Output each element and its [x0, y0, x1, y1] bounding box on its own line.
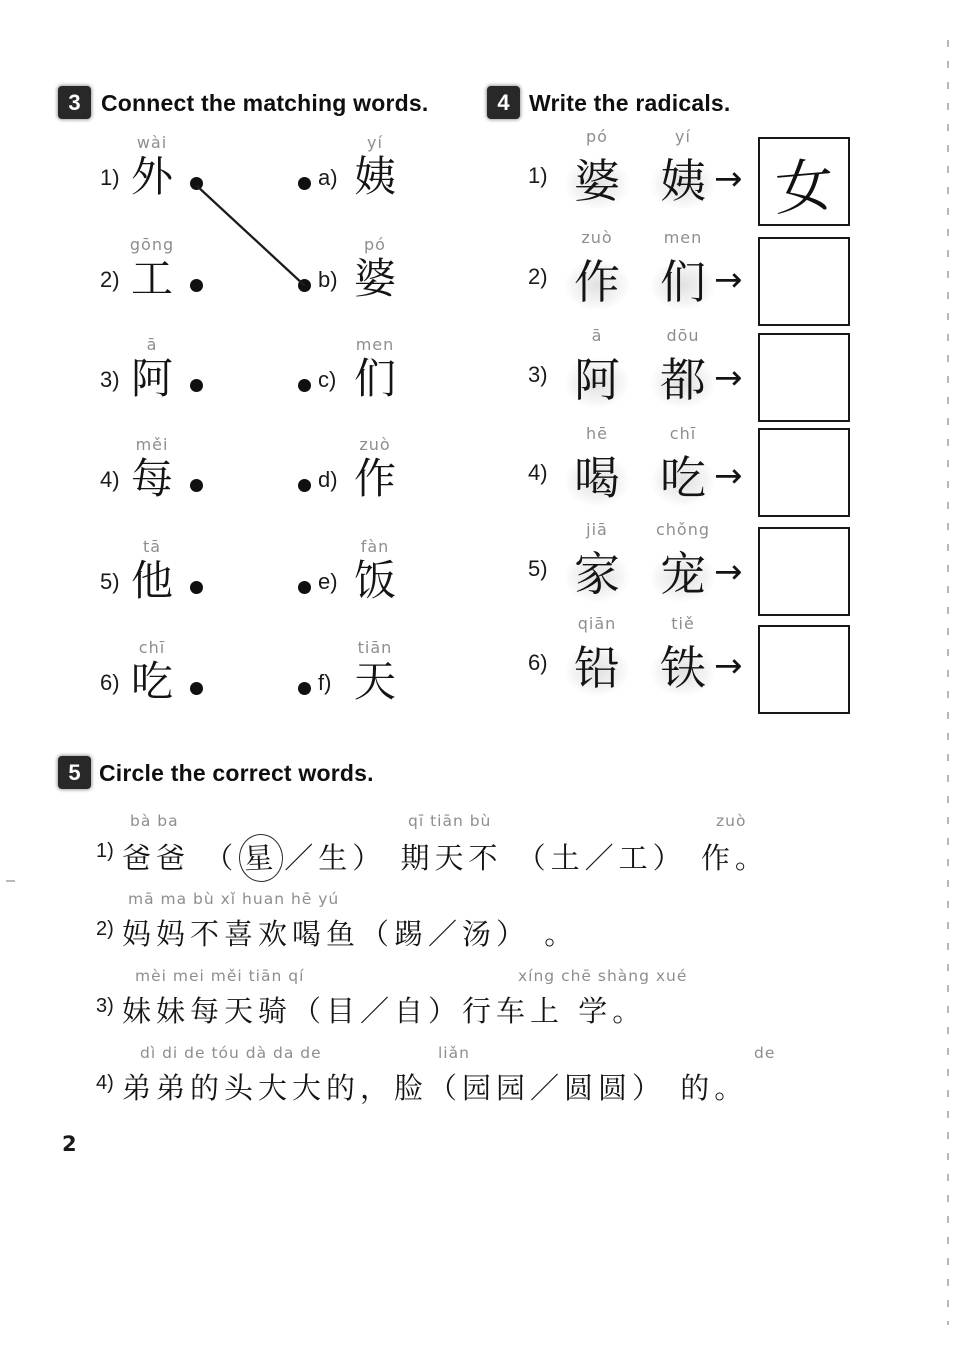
pinyin-label: men: [333, 335, 417, 354]
connector-dot-left[interactable]: [190, 379, 203, 392]
sentence-row-3: mèi mei měi tiān qí xíng chē shàng xué 3…: [60, 967, 920, 1047]
sentence-text-post: ／生） 期天不 （土／工） 作。: [284, 841, 769, 875]
arrow-right-icon: →: [714, 456, 743, 496]
item-number: 3): [96, 995, 114, 1018]
connector-dot-right[interactable]: [298, 279, 311, 292]
hanzi-character: 们: [646, 252, 720, 312]
hanzi-character: 每: [113, 453, 191, 505]
radical-answer-box-2[interactable]: [758, 237, 850, 326]
connector-dot-right[interactable]: [298, 379, 311, 392]
item-number: 1): [96, 840, 114, 863]
connector-dot-right[interactable]: [298, 177, 311, 190]
sentence-text: 妹妹每天骑（目／自）行车上 学。: [122, 989, 646, 1030]
match-row-4: 4) měi 每 d) zuò 作: [60, 435, 470, 521]
pinyin-label: pó: [560, 127, 634, 151]
sentence-text-pre: 爸爸 （: [122, 841, 238, 875]
sentence-text: 爸爸 （星／生） 期天不 （土／工） 作。: [122, 834, 769, 882]
pinyin-label: qiān: [560, 614, 634, 638]
pinyin-label: chī: [646, 424, 720, 448]
match-row-3: 3) ā 阿 c) men 们: [60, 335, 470, 421]
pinyin-label: bà ba: [130, 812, 179, 830]
connector-dot-left[interactable]: [190, 279, 203, 292]
hanzi-character: 铅: [560, 638, 634, 698]
sentence-text: 弟弟的头大大的，脸（园园／圆圆） 的。: [122, 1066, 748, 1107]
scan-edge-artifact: [947, 40, 949, 1325]
sentence-row-1: bà ba qī tiān bù zuò 1) 爸爸 （星／生） 期天不 （土／…: [60, 812, 920, 892]
pinyin-label: yí: [333, 133, 417, 152]
pinyin-label: yí: [646, 127, 720, 151]
pinyin-label: dì di de tóu dà da de: [140, 1044, 322, 1062]
pinyin-label: fàn: [333, 537, 417, 556]
sentence-text: 妈妈不喜欢喝鱼（踢／汤） 。: [122, 912, 578, 953]
exercise-3-title: Connect the matching words.: [101, 90, 428, 117]
radical-row-6: 6) qiān铅 tiě铁 →: [520, 614, 765, 709]
handwritten-answer: 女: [774, 137, 833, 226]
page-number: 2: [62, 1132, 77, 1156]
hanzi-character: 吃: [113, 656, 191, 708]
match-row-2: 2) gōng 工 b) pó 婆: [60, 235, 470, 321]
option-letter: c): [318, 367, 336, 393]
hanzi-character: 姨: [646, 151, 720, 211]
pinyin-label: liǎn: [438, 1044, 470, 1062]
item-number: 4): [96, 1072, 114, 1095]
hanzi-character: 天: [336, 656, 414, 708]
pinyin-label: zuò: [560, 228, 634, 252]
pinyin-label: tā: [110, 537, 194, 556]
pinyin-label: chǒng: [646, 520, 720, 544]
pinyin-label: tiān: [333, 638, 417, 657]
option-letter: b): [318, 267, 338, 293]
pinyin-label: wài: [110, 133, 194, 152]
radical-row-4: 4) hē喝 chī吃 →: [520, 424, 765, 519]
connector-dot-right[interactable]: [298, 479, 311, 492]
radical-row-5: 5) jiā家 chǒng宠 →: [520, 520, 765, 615]
hanzi-character: 阿: [560, 350, 634, 410]
hanzi-character: 作: [560, 252, 634, 312]
exercise-3-badge: 3: [58, 86, 91, 119]
hanzi-character: 喝: [560, 448, 634, 508]
option-letter: d): [318, 467, 338, 493]
circled-answer[interactable]: 星: [238, 833, 284, 883]
workbook-page: 3 Connect the matching words. 4 Write th…: [0, 0, 960, 1357]
connector-dot-left[interactable]: [190, 177, 203, 190]
pinyin-label: chī: [110, 638, 194, 657]
item-number: 4): [528, 460, 548, 486]
hanzi-character: 铁: [646, 638, 720, 698]
pinyin-label: qī tiān bù: [408, 812, 491, 830]
exercise-4-badge: 4: [487, 86, 520, 119]
connector-dot-left[interactable]: [190, 479, 203, 492]
pinyin-label: mèi mei měi tiān qí: [135, 967, 304, 985]
arrow-right-icon: →: [714, 159, 743, 199]
radical-answer-box-3[interactable]: [758, 333, 850, 422]
pinyin-label: tiě: [646, 614, 720, 638]
hanzi-character: 吃: [646, 448, 720, 508]
pinyin-label: měi: [110, 435, 194, 454]
exercise-5-title: Circle the correct words.: [99, 760, 374, 787]
pinyin-label: ā: [560, 326, 634, 350]
match-row-1: 1) wài 外 a) yí 姨: [60, 133, 470, 219]
hanzi-character: 婆: [560, 151, 634, 211]
pinyin-label: hē: [560, 424, 634, 448]
pinyin-label: zuò: [333, 435, 417, 454]
item-number: 5): [528, 556, 548, 582]
item-number: 2): [96, 918, 114, 941]
hanzi-character: 阿: [113, 353, 191, 405]
connector-dot-left[interactable]: [190, 682, 203, 695]
hanzi-character: 宠: [646, 544, 720, 604]
item-number: 3): [528, 362, 548, 388]
radical-row-1: 1) pó婆 yí姨 →: [520, 127, 765, 222]
hanzi-character: 姨: [336, 151, 414, 203]
pinyin-label: men: [646, 228, 720, 252]
pinyin-label: de: [754, 1044, 775, 1062]
option-letter: e): [318, 569, 338, 595]
pinyin-label: mā ma bù xǐ huan hē yú: [128, 890, 339, 908]
pinyin-label: jiā: [560, 520, 634, 544]
option-letter: f): [318, 670, 331, 696]
arrow-right-icon: →: [714, 358, 743, 398]
hanzi-character: 外: [113, 151, 191, 203]
hanzi-character: 作: [336, 453, 414, 505]
hanzi-character: 都: [646, 350, 720, 410]
match-row-6: 6) chī 吃 f) tiān 天: [60, 638, 470, 724]
radical-answer-box-6[interactable]: [758, 625, 850, 714]
radical-answer-box-1[interactable]: 女: [758, 137, 850, 226]
sentence-row-4: dì di de tóu dà da de liǎn de 4) 弟弟的头大大的…: [60, 1044, 920, 1124]
hanzi-character: 婆: [336, 253, 414, 305]
pinyin-label: gōng: [110, 235, 194, 254]
hanzi-character: 他: [113, 555, 191, 607]
arrow-right-icon: →: [714, 260, 743, 300]
exercise-4-title: Write the radicals.: [529, 90, 731, 117]
pinyin-label: xíng chē shàng xué: [518, 967, 687, 985]
pinyin-label: pó: [333, 235, 417, 254]
match-row-5: 5) tā 他 e) fàn 饭: [60, 537, 470, 623]
sentence-row-2: mā ma bù xǐ huan hē yú 2) 妈妈不喜欢喝鱼（踢／汤） 。: [60, 890, 920, 970]
radical-answer-box-4[interactable]: [758, 428, 850, 517]
pinyin-label: ā: [110, 335, 194, 354]
pinyin-label: dōu: [646, 326, 720, 350]
radical-row-3: 3) ā阿 dōu都 →: [520, 326, 765, 421]
item-number: 6): [528, 650, 548, 676]
option-letter: a): [318, 165, 338, 191]
connector-dot-right[interactable]: [298, 581, 311, 594]
item-number: 2): [528, 264, 548, 290]
hanzi-character: 饭: [336, 555, 414, 607]
exercise-5-badge: 5: [58, 756, 91, 789]
connector-dot-left[interactable]: [190, 581, 203, 594]
scan-speck-artifact: [6, 880, 15, 882]
arrow-right-icon: →: [714, 646, 743, 686]
arrow-right-icon: →: [714, 552, 743, 592]
hanzi-character: 们: [336, 353, 414, 405]
radical-answer-box-5[interactable]: [758, 527, 850, 616]
connector-dot-right[interactable]: [298, 682, 311, 695]
pinyin-label: zuò: [716, 812, 746, 830]
item-number: 1): [528, 163, 548, 189]
hanzi-character: 工: [113, 253, 191, 305]
radical-row-2: 2) zuò作 men们 →: [520, 228, 765, 323]
hanzi-character: 家: [560, 544, 634, 604]
